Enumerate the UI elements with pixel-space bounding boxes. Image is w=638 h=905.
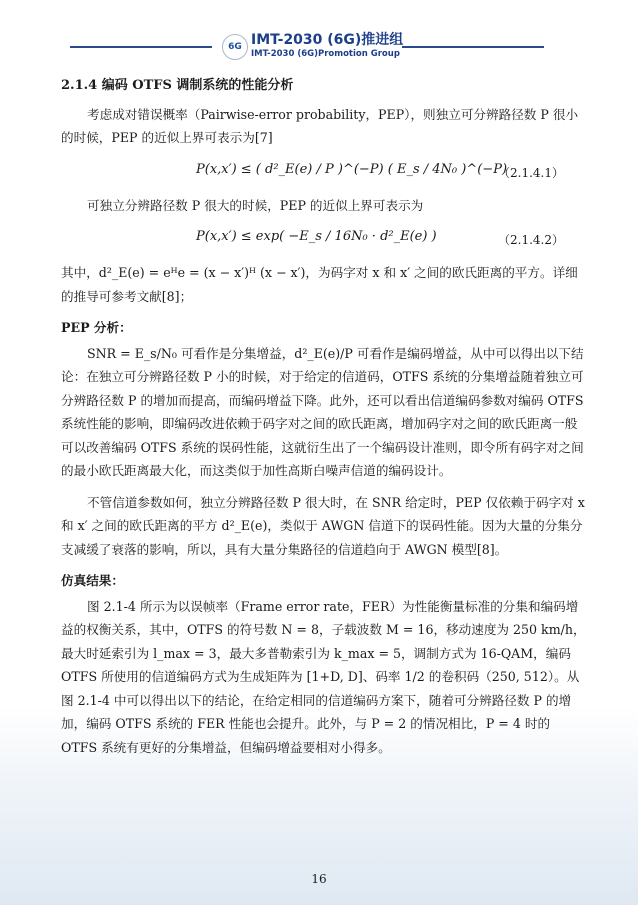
paragraph-awgn: 不管信道参数如何，独立分辨路径数 P 很大时，在 SNR 给定时，PEP 仅依赖… bbox=[61, 491, 586, 562]
page-number: 16 bbox=[0, 872, 638, 886]
equation-2-1-4-2: P(x,x′) ≤ exp( −E_s / 16N₀ · d²_E(e) ) （… bbox=[61, 217, 586, 261]
header-title: IMT-2030 (6G)推进组 bbox=[251, 32, 403, 48]
paragraph-euclidean-distance: 其中，d²_E(e) = eᴴe = (x − x′)ᴴ (x − x′)，为码… bbox=[61, 261, 586, 308]
equation-body: P(x,x′) ≤ ( d²_E(e) / P )^(−P) ( E_s / 4… bbox=[196, 158, 507, 182]
6g-logo-icon: 6G bbox=[222, 34, 248, 60]
paragraph-large-p: 可独立分辨路径数 P 很大的时候，PEP 的近似上界可表示为 bbox=[61, 194, 586, 218]
header-subtitle: IMT-2030 (6G)Promotion Group bbox=[251, 49, 400, 59]
equation-number: （2.1.4.1） bbox=[498, 162, 564, 186]
pep-analysis-heading: PEP 分析： bbox=[61, 316, 586, 340]
equation-body: P(x,x′) ≤ exp( −E_s / 16N₀ · d²_E(e) ) bbox=[196, 225, 437, 249]
header-rule-right bbox=[402, 46, 544, 48]
header-rule-left bbox=[70, 46, 212, 48]
equation-number: （2.1.4.2） bbox=[498, 229, 564, 253]
equation-2-1-4-1: P(x,x′) ≤ ( d²_E(e) / P )^(−P) ( E_s / 4… bbox=[61, 150, 586, 194]
paragraph-pep-intro: 考虑成对错误概率（Pairwise-error probability，PEP）… bbox=[61, 103, 586, 150]
paragraph-pep-analysis: SNR = E_s/N₀ 可看作是分集增益，d²_E(e)/P 可看作是编码增益… bbox=[61, 342, 586, 483]
simulation-results-heading: 仿真结果： bbox=[61, 569, 586, 593]
section-heading: 2.1.4 编码 OTFS 调制系统的性能分析 bbox=[61, 74, 586, 98]
paragraph-simulation: 图 2.1-4 所示为以误帧率（Frame error rate，FER）为性能… bbox=[61, 595, 586, 760]
page-header: 6G IMT-2030 (6G)推进组 IMT-2030 (6G)Promoti… bbox=[0, 30, 638, 70]
document-body: 2.1.4 编码 OTFS 调制系统的性能分析 考虑成对错误概率（Pairwis… bbox=[61, 74, 586, 759]
